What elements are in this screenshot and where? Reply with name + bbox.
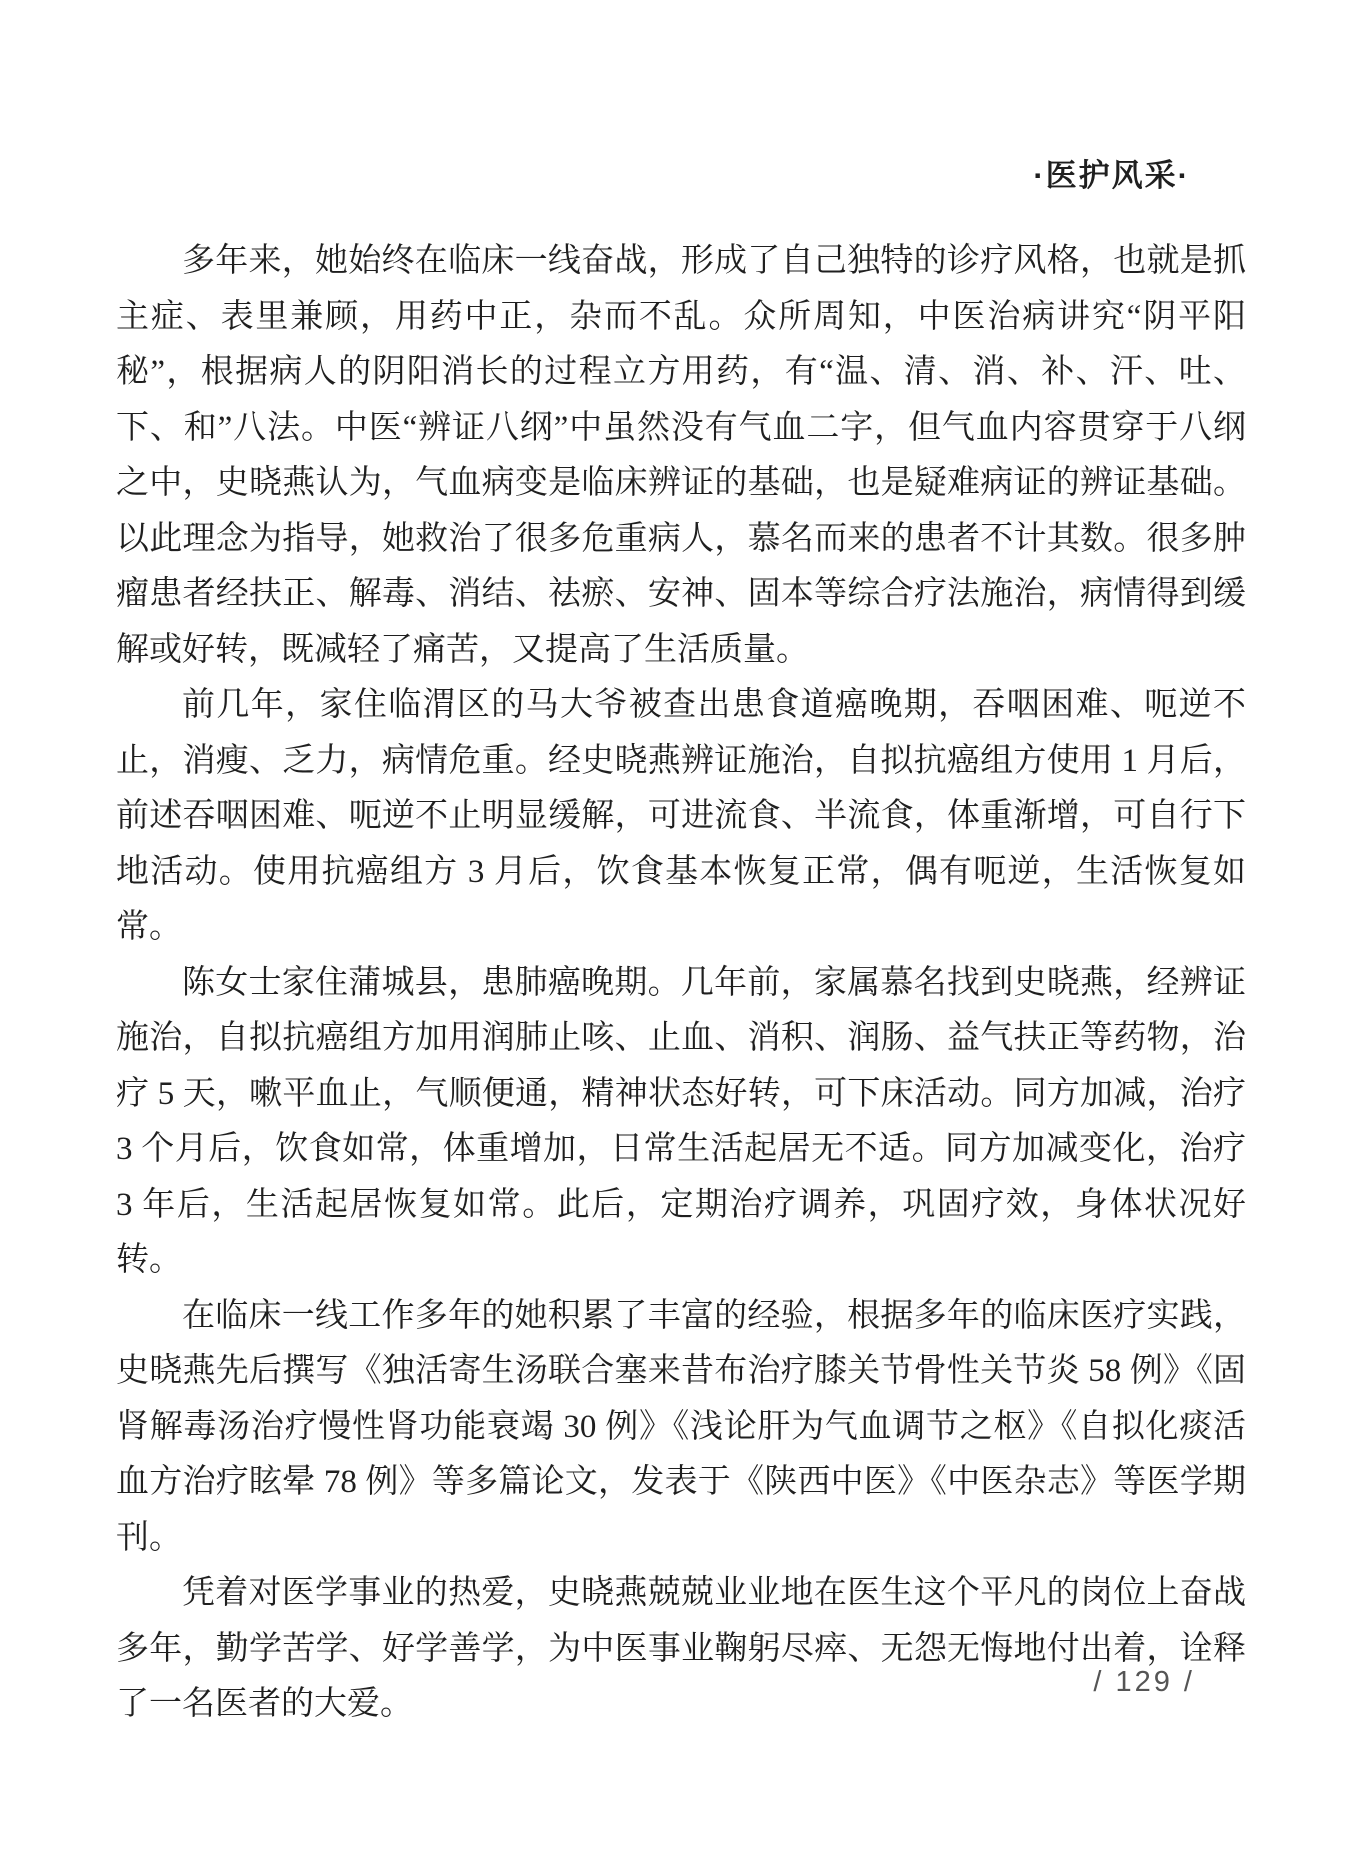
paragraph: 陈女士家住蒲城县，患肺癌晚期。几年前，家属慕名找到史晓燕，经辨证施治，自拟抗癌组…	[116, 956, 1246, 1289]
article-body: 多年来，她始终在临床一线奋战，形成了自己独特的诊疗风格，也就是抓主症、表里兼顾，…	[116, 234, 1246, 1733]
paragraph: 前几年，家住临渭区的马大爷被查出患食道癌晚期，吞咽困难、呃逆不止，消瘦、乏力，病…	[116, 678, 1246, 956]
paragraph: 在临床一线工作多年的她积累了丰富的经验，根据多年的临床医疗实践，史晓燕先后撰写《…	[116, 1289, 1246, 1567]
paragraph: 凭着对医学事业的热爱，史晓燕兢兢业业地在医生这个平凡的岗位上奋战多年，勤学苦学、…	[116, 1566, 1246, 1733]
page-number: / 129 /	[1093, 1666, 1195, 1699]
document-page: ·医护风采· 多年来，她始终在临床一线奋战，形成了自己独特的诊疗风格，也就是抓主…	[0, 0, 1362, 1858]
paragraph: 多年来，她始终在临床一线奋战，形成了自己独特的诊疗风格，也就是抓主症、表里兼顾，…	[116, 234, 1246, 678]
section-header: ·医护风采·	[1033, 150, 1190, 195]
